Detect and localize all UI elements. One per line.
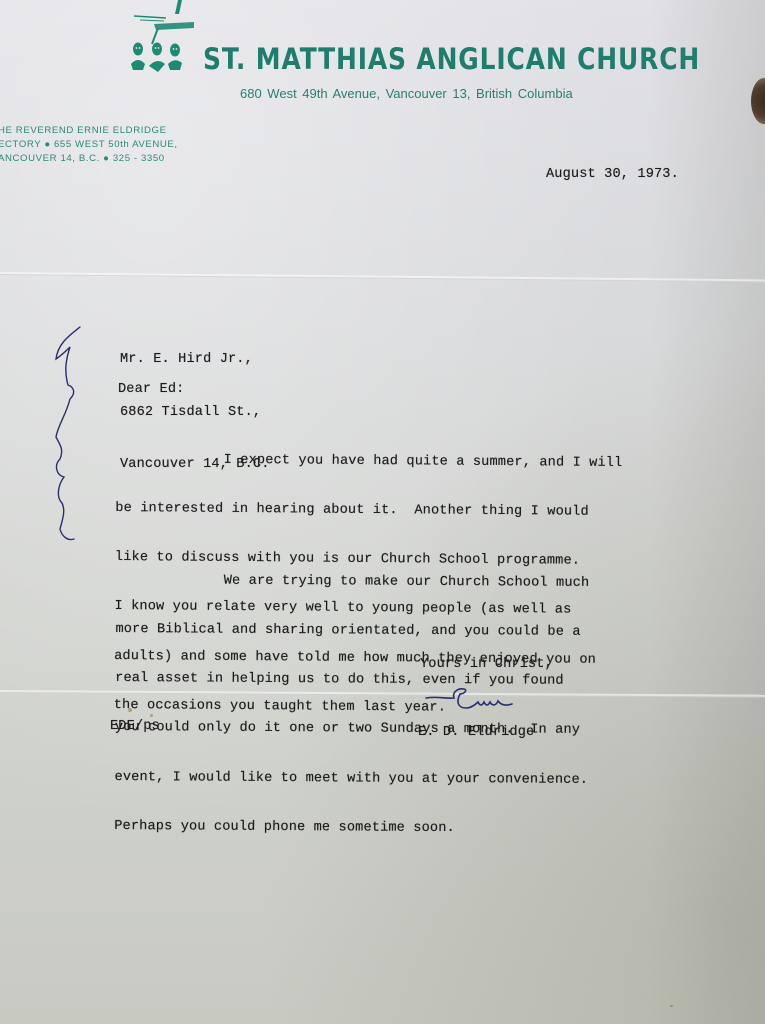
closing: Yours in Christ,: [420, 657, 553, 672]
signer-name: E. D. Eldridge: [418, 725, 534, 740]
paragraph-line: event, I would like to meet with you at …: [114, 770, 588, 789]
rector-line: ECTORY ● 655 WEST 50th AVENUE,: [0, 138, 178, 152]
rector-line: ANCOUVER 14, B.C. ● 325 - 3350: [0, 152, 178, 166]
paragraph-line: be interested in hearing about it. Anoth…: [115, 501, 622, 521]
salutation: Dear Ed:: [118, 382, 184, 397]
letter-date: August 30, 1973.: [546, 167, 679, 182]
paper-fold-line: [0, 272, 765, 282]
reference-initials: EDE/ps: [110, 719, 160, 734]
margin-pen-scribble: [50, 325, 90, 545]
recipient-line: Mr. E. Hird Jr.,: [120, 351, 270, 369]
handwritten-signature: [424, 682, 524, 714]
paragraph-line: I expect you have had quite a summer, an…: [116, 452, 623, 472]
church-address: 680 West 49th Avenue, Vancouver 13, Brit…: [240, 86, 573, 101]
paper-stain: [670, 1005, 673, 1007]
rector-contact-block: HE REVEREND ERNIE ELDRIDGE ECTORY ● 655 …: [0, 124, 178, 166]
punched-hole: [751, 78, 765, 124]
letter-page: ST. MATTHIAS ANGLICAN CHURCH 680 West 49…: [0, 0, 765, 1024]
rector-line: HE REVEREND ERNIE ELDRIDGE: [0, 124, 178, 138]
paragraph-line: more Biblical and sharing orientated, an…: [115, 622, 589, 641]
paper-stain: [128, 708, 132, 712]
paragraph-line: Perhaps you could phone me sometime soon…: [114, 819, 588, 838]
paper-stain: [150, 714, 153, 717]
church-name: ST. MATTHIAS ANGLICAN CHURCH: [203, 42, 700, 76]
paragraph-line: We are trying to make our Church School …: [116, 573, 590, 592]
cross-with-three-faces-icon: [126, 0, 194, 74]
